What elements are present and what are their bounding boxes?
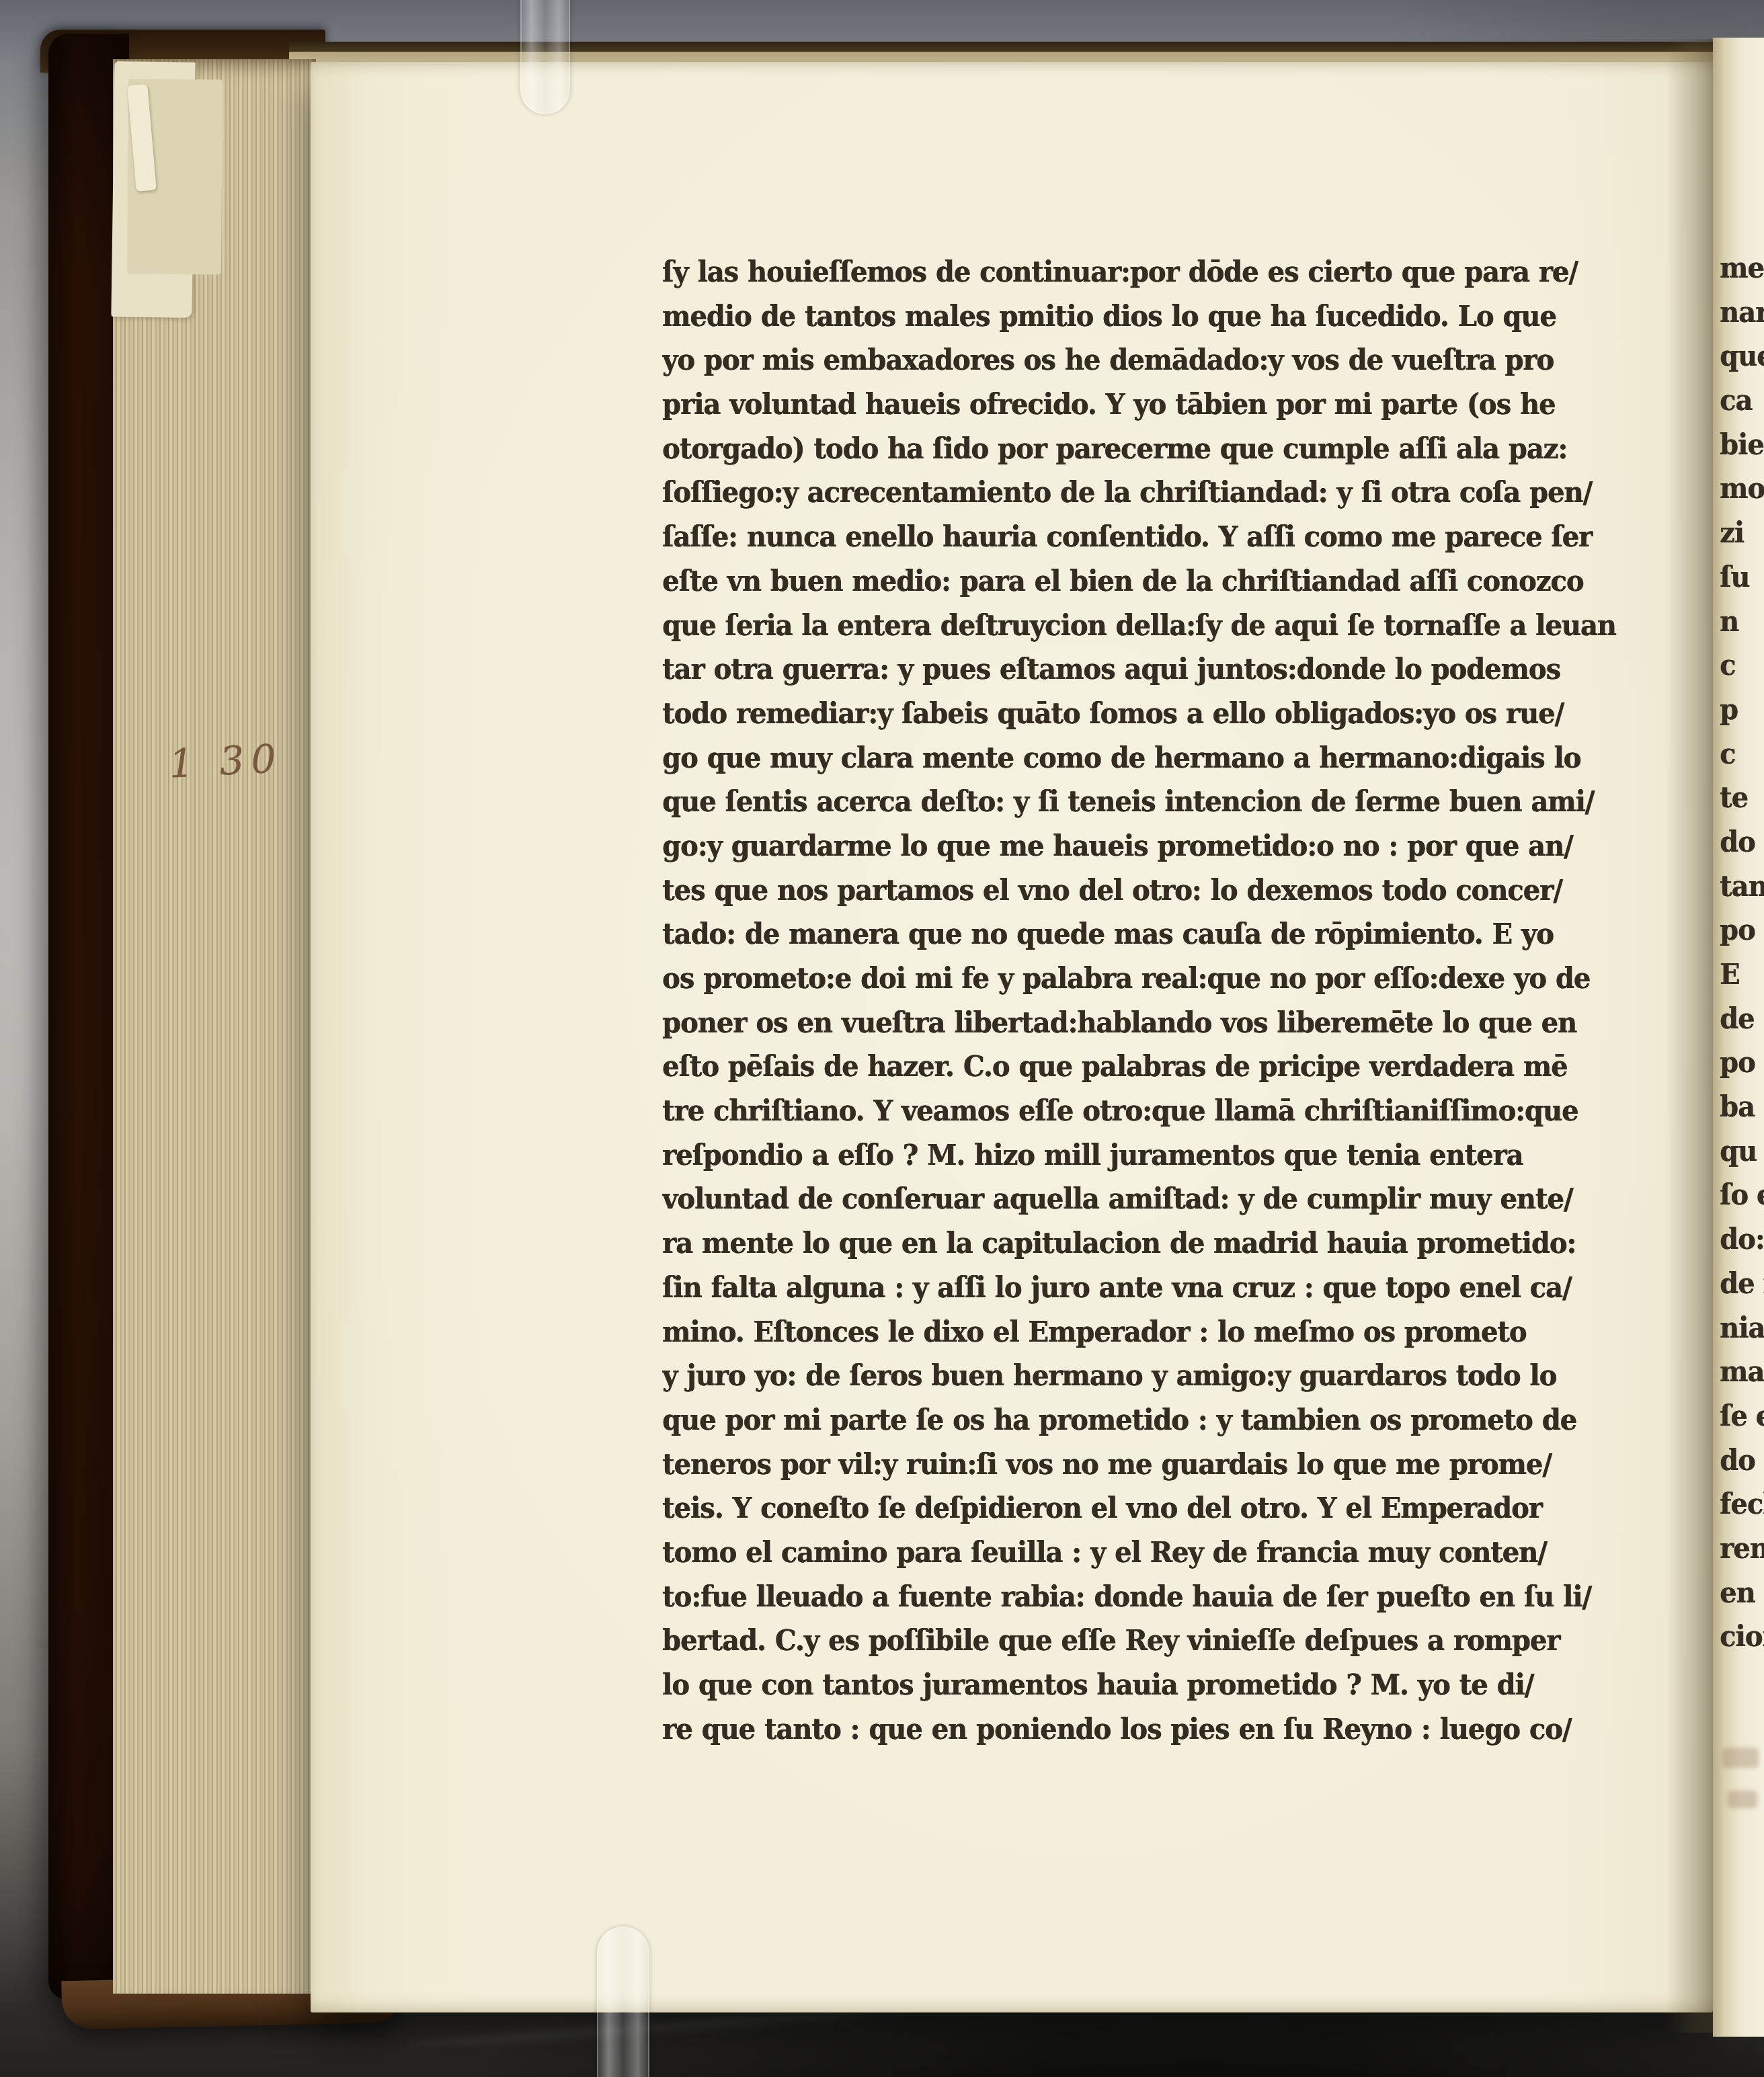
facing-page-text-fragment: p: [1720, 686, 1764, 733]
text-line: ra mente lo que en la capitulacion de ma…: [662, 1220, 1634, 1267]
facing-page-text-fragment: fecha:: [1720, 1481, 1764, 1528]
facing-page-text-fragment: te: [1720, 774, 1764, 821]
facing-page-text-fragments: menarquecabiemoziſuncpctedotanpoEdepobaq…: [1720, 246, 1764, 1799]
text-line: eſto pēſais de hazer. C.o que palabras d…: [662, 1043, 1634, 1090]
handwritten-folio-number: 1 30: [168, 732, 346, 808]
text-line: bertad. C.y es poſſibile que eſſe Rey vi…: [662, 1617, 1634, 1664]
text-line: teis. Y coneſto ſe deſpidieron el vno de…: [662, 1485, 1634, 1532]
facing-page-text-fragment: do:: [1720, 1216, 1764, 1263]
printed-text-block: ſy las houieſſemos de continuar:por dōde…: [662, 250, 1634, 1751]
facing-page-text-fragment: n: [1720, 598, 1764, 645]
text-line: que por mi parte ſe os ha prometido : y …: [662, 1397, 1634, 1444]
text-line: otorgado) todo ha ſido por parecerme que…: [662, 425, 1634, 473]
facing-page-text-fragment: [1720, 1658, 1764, 1705]
text-line: to:fue lleuado a fuente rabia: donde hau…: [662, 1574, 1634, 1621]
facing-page-text-fragment: nia y: [1720, 1305, 1764, 1352]
facing-page-text-fragment: nar: [1720, 289, 1764, 336]
gutter-shadow: [1666, 39, 1716, 2033]
facing-page-text-fragment: ſe eſſe: [1720, 1393, 1764, 1440]
facing-page-text-fragment: rentin: [1720, 1525, 1764, 1572]
text-line: eſte vn buen medio: para el bien de la c…: [662, 558, 1634, 605]
text-line: tes que nos partamos el vno del otro: lo…: [662, 867, 1634, 914]
text-line: ſy las houieſſemos de continuar:por dōde…: [662, 249, 1634, 296]
facing-page-text-fragment: me: [1720, 246, 1764, 292]
text-line: tado: de manera que no quede mas cauſa d…: [662, 911, 1634, 958]
text-line: reſpondio a eſſo ? M. hizo mill jurament…: [662, 1132, 1634, 1179]
ink-showthrough: [1722, 1748, 1759, 1768]
facing-page-text-fragment: mo: [1720, 465, 1764, 512]
text-line: medio de tantos males pmitio dios lo que…: [662, 293, 1634, 340]
facing-page-text-fragment: c: [1720, 731, 1764, 778]
restraint-strap-bottom: [597, 1926, 649, 2077]
facing-page-text-fragment: ca: [1720, 377, 1764, 424]
text-line: voluntad de conſeruar aquella amiſtad: y…: [662, 1176, 1634, 1223]
facing-page-text-fragment: ba: [1720, 1084, 1764, 1131]
text-line: ſin falta alguna : y aſſi lo juro ante v…: [662, 1264, 1634, 1311]
facing-page-text-fragment: po: [1720, 1039, 1764, 1086]
facing-page-text-fragment: de: [1720, 995, 1764, 1043]
text-line: pria voluntad haueis ofrecido. Y yo tābi…: [662, 381, 1634, 428]
restraint-strap-top: [520, 0, 570, 114]
ink-showthrough: [1728, 1791, 1757, 1808]
facing-page-text-fragment: [1720, 1702, 1764, 1749]
book-head-edge-line: [289, 42, 1764, 52]
page-stack-fore-edge: [113, 59, 316, 1994]
facing-page-text-fragment: de ſu: [1720, 1260, 1764, 1307]
text-line: lo que con tantos juramentos hauia prome…: [662, 1662, 1634, 1709]
text-line: poner os en vueſtra libertad:hablando vo…: [662, 1000, 1634, 1047]
text-line: go:y guardarme lo que me haueis prometid…: [662, 823, 1634, 870]
text-line: go que muy clara mente como de hermano a…: [662, 735, 1634, 782]
text-line: todo remediar:y ſabeis quāto ſomos a ell…: [662, 690, 1634, 737]
text-line: mino. Eſtonces le dixo el Emperador : lo…: [662, 1309, 1634, 1356]
facing-page-text-fragment: ſo e: [1720, 1172, 1764, 1219]
facing-page-text-fragment: bie: [1720, 421, 1764, 469]
text-line: y juro yo: de ſeros buen hermano y amigo…: [662, 1352, 1634, 1399]
text-line: re que tanto : que en poniendo los pies …: [662, 1706, 1634, 1753]
text-line: que ſeria la entera deſtruycion della:ſy…: [662, 602, 1634, 649]
facing-page-text-fragment: c: [1720, 642, 1764, 689]
text-line: ſaſſe: nunca enello hauria conſentido. Y…: [662, 514, 1634, 561]
text-line: os prometo:e doi mi fe y palabra real:qu…: [662, 955, 1634, 1002]
text-line: que ſentis acerca deſto: y ſi teneis int…: [662, 778, 1634, 825]
facing-page-text-fragment: que: [1720, 333, 1764, 380]
facing-page-text-fragment: ſu: [1720, 554, 1764, 601]
text-line: teneros por vil:y ruin:ſi vos no me guar…: [662, 1441, 1634, 1488]
text-line: tar otra guerra: y pues eſtamos aqui jun…: [662, 646, 1634, 693]
facing-page-text-fragment: do le p: [1720, 1437, 1764, 1484]
facing-page-text-fragment: po: [1720, 907, 1764, 954]
facing-page-text-fragment: qu: [1720, 1128, 1764, 1175]
facing-page-text-fragment: zi: [1720, 510, 1764, 557]
facing-page-text-fragment: do: [1720, 819, 1764, 866]
text-line: ſoſſiego:y acrecentamiento de la chriſti…: [662, 469, 1634, 516]
facing-page-text-fragment: E: [1720, 951, 1764, 998]
facing-page-text-fragment: tan: [1720, 863, 1764, 910]
facing-page-text-fragment: en nin: [1720, 1570, 1764, 1617]
facing-page-text-fragment: cion: [1720, 1613, 1764, 1660]
text-line: yo por mis embaxadores os he demādado:y …: [662, 337, 1634, 384]
facing-page-text-fragment: malda: [1720, 1348, 1764, 1395]
text-line: tomo el camino para ſeuilla : y el Rey d…: [662, 1529, 1634, 1576]
digitization-photo: ſy las houieſſemos de continuar:por dōde…: [0, 0, 1764, 2077]
text-line: tre chriſtiano. Y veamos eſſe otro:que l…: [662, 1088, 1634, 1135]
